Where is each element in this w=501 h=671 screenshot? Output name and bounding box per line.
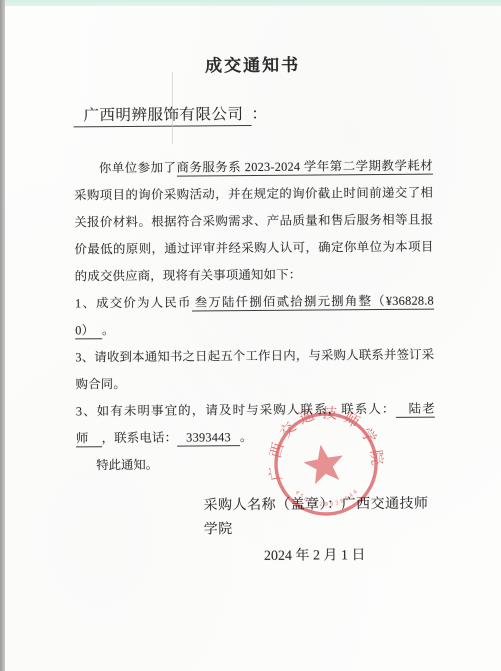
scan-artifact-line <box>172 72 173 144</box>
recipient-company: 广西明辨服饰有限公司 <box>73 106 251 127</box>
item-contact-suffix: 。 <box>240 430 253 444</box>
date-line: 2024 年 2 月 1 日 <box>264 544 436 569</box>
recipient-colon: ： <box>251 106 267 123</box>
item-contract: 3、请收到本通知书之日起五个工作日内，与采购人联系并签订采购合同。 <box>75 342 434 399</box>
scan-edge-top <box>0 0 501 6</box>
item-contact-mid: ，联系电话： <box>102 431 178 446</box>
item-price: 1、成交价为人民币叁万陆仟捌佰贰拾捌元捌角整（¥36828.80）。 <box>75 288 434 345</box>
body-paragraph: 你单位参加了商务服务系 2023-2024 学年第二学期教学耗材采购项目的询价采… <box>74 153 434 291</box>
paragraph-suffix: 采购项目的询价采购活动，并在规定的询价截止时间前递交了相关报价材料。根据符合采购… <box>74 186 434 284</box>
underlined-project-name: 商务服务系 2023-2024 学年第二学期教学耗材 <box>176 159 433 177</box>
document-title: 成交通知书 <box>73 53 432 80</box>
item-number: 3、 <box>75 350 94 364</box>
item-number: 1、 <box>75 296 96 310</box>
recipient-line: 广西明辨服饰有限公司： <box>73 102 432 129</box>
underlined-phone-number: 3393443 <box>177 430 240 446</box>
official-seal-stamp: 广西交通技师学院 4501020030644 <box>266 406 384 524</box>
scan-edge-left <box>0 0 5 671</box>
item-price-prefix: 成交价为人民币 <box>96 295 192 310</box>
item-contract-text: 请收到本通知书之日起五个工作日内，与采购人联系并签订采购合同。 <box>76 348 435 392</box>
item-number: 3、 <box>76 404 97 418</box>
paragraph-prefix: 你单位参加了 <box>99 161 177 176</box>
star-icon <box>301 441 347 485</box>
item-price-suffix: 。 <box>102 323 115 337</box>
scanned-document-page: 成交通知书 广西明辨服饰有限公司： 你单位参加了商务服务系 2023-2024 … <box>0 0 501 671</box>
